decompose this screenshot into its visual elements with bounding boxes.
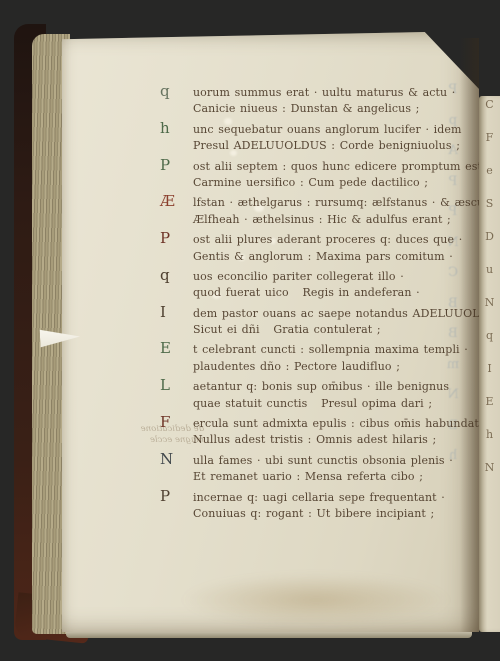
manuscript-line: Ælfstan · æthelgarus : rursumq: ælfstanu… — [160, 192, 472, 210]
line-text: Gentis & anglorum : Maxima pars comitum … — [193, 248, 453, 266]
manuscript-line: Nulla fames · ubi sunt cunctis obsonia p… — [160, 450, 472, 468]
line-text: quae statuit cunctis Presul opima dari ; — [193, 395, 432, 413]
line-initial: F — [160, 413, 193, 431]
manuscript-line: Post alii septem : quos hunc edicere pro… — [160, 156, 472, 174]
line-text: Et remanet uario : Mensa referta cibo ; — [193, 468, 423, 486]
text-block: quorum summus erat · uultu maturus & act… — [160, 82, 472, 523]
line-initial: P — [160, 156, 193, 174]
line-initial: h — [160, 119, 193, 137]
manuscript-line: hunc sequebatur ouans anglorum lucifer ·… — [160, 119, 472, 137]
line-initial: q — [160, 266, 193, 284]
manuscript-line: Et remanet uario : Mensa referta cibo ; — [160, 468, 472, 486]
parchment-stain — [182, 574, 450, 626]
manuscript-line: quos econcilio pariter collegerat illo · — [160, 266, 472, 284]
manuscript-line: Sicut ei dñi Gratia contulerat ; — [160, 321, 472, 339]
line-text: quod fuerat uico Regis in andeferan · — [193, 284, 420, 302]
facing-page-letter: u — [479, 263, 500, 296]
line-initial: P — [160, 229, 193, 247]
facing-page-letter: F — [479, 131, 500, 164]
line-text: Nullus adest tristis : Omnis adest hilar… — [193, 431, 436, 449]
facing-page-letter: q — [479, 329, 500, 362]
facing-page-letter: C — [479, 98, 500, 131]
manuscript-line: quae statuit cunctis Presul opima dari ; — [160, 395, 472, 413]
line-text: Carmine uersifico : Cum pede dactilico ; — [193, 174, 428, 192]
line-initial: E — [160, 339, 193, 357]
manuscript-line: Conuiuas q: rogant : Ut bibere incipiant… — [160, 505, 472, 523]
facing-page-letters: CFeSDuNqIEhN — [479, 96, 500, 494]
manuscript-line: Idem pastor ouans ac saepe notandus ADEL… — [160, 303, 472, 321]
line-text: Presul ADELUUOLDUS : Corde benigniuolus … — [193, 137, 460, 155]
manuscript-line: Gentis & anglorum : Maxima pars comitum … — [160, 248, 472, 266]
facing-page-letter: N — [479, 296, 500, 329]
facing-page-letter: I — [479, 362, 500, 395]
facing-page-letter: h — [479, 428, 500, 461]
manuscript-line: Fercula sunt admixta epulis : cibus om̄i… — [160, 413, 472, 431]
manuscript-line: quorum summus erat · uultu maturus & act… — [160, 82, 472, 100]
line-text: plaudentes dño : Pectore laudifluo ; — [193, 358, 400, 376]
facing-page-sliver: CFeSDuNqIEhN — [479, 96, 500, 632]
line-text: Canicie niueus : Dunstan & angelicus ; — [193, 100, 420, 118]
manuscript-line: Pincernae q: uagi cellaria sepe frequent… — [160, 487, 472, 505]
manuscript-line: Post alii plures aderant proceres q: duc… — [160, 229, 472, 247]
line-initial: L — [160, 376, 193, 394]
manuscript-line: Ælfheah · æthelsinus : Hic & adulfus era… — [160, 211, 472, 229]
manuscript-photo: de dedicatione magne eccle PpAPPNCBBmNBh… — [0, 0, 500, 661]
gutter-shadow — [460, 38, 479, 632]
line-initial: P — [160, 487, 193, 505]
manuscript-line: quod fuerat uico Regis in andeferan · — [160, 284, 472, 302]
manuscript-page: de dedicatione magne eccle PpAPPNCBBmNBh… — [62, 32, 479, 632]
facing-page-letter: E — [479, 395, 500, 428]
manuscript-line: Laetantur q: bonis sup om̄ibus · ille be… — [160, 376, 472, 394]
line-initial: I — [160, 303, 193, 321]
facing-page-letter: S — [479, 197, 500, 230]
facing-page-letter: D — [479, 230, 500, 263]
line-initial: Æ — [160, 192, 193, 210]
facing-page-letter: e — [479, 164, 500, 197]
manuscript-line: Et celebrant cuncti : sollempnia maxima … — [160, 339, 472, 357]
line-text: Sicut ei dñi Gratia contulerat ; — [193, 321, 381, 339]
manuscript-line: Nullus adest tristis : Omnis adest hilar… — [160, 431, 472, 449]
manuscript-line: Carmine uersifico : Cum pede dactilico ; — [160, 174, 472, 192]
manuscript-line: plaudentes dño : Pectore laudifluo ; — [160, 358, 472, 376]
line-text: Ælfheah · æthelsinus : Hic & adulfus era… — [193, 211, 451, 229]
facing-page-letter: N — [479, 461, 500, 494]
line-text: Conuiuas q: rogant : Ut bibere incipiant… — [193, 505, 434, 523]
manuscript-line: Presul ADELUUOLDUS : Corde benigniuolus … — [160, 137, 472, 155]
line-initial: q — [160, 82, 193, 100]
manuscript-line: Canicie niueus : Dunstan & angelicus ; — [160, 100, 472, 118]
line-initial: N — [160, 450, 193, 468]
